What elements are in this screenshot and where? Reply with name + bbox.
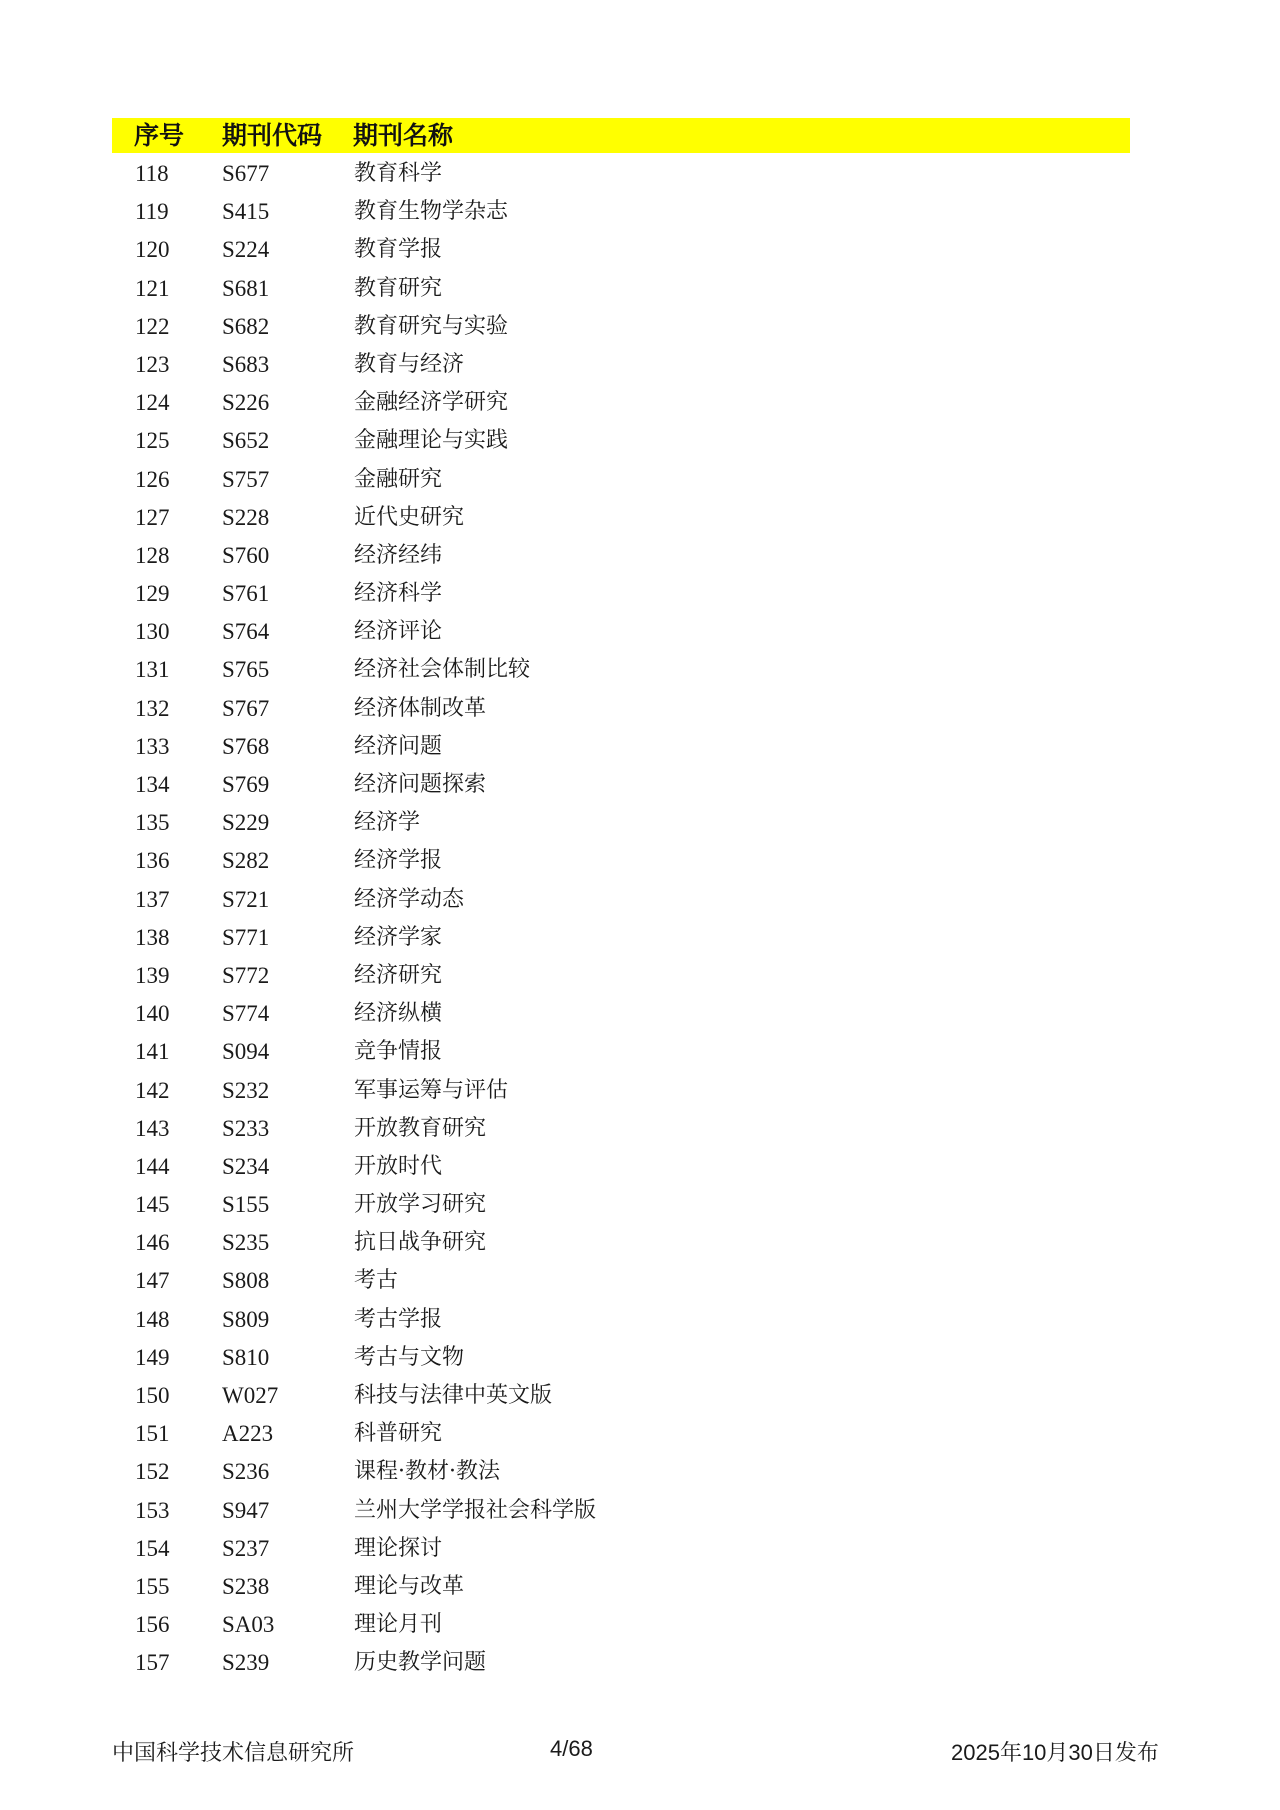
journal-code: S238 <box>222 1568 269 1606</box>
row-number: 154 <box>135 1530 170 1568</box>
journal-code: W027 <box>222 1377 278 1415</box>
journal-code: S155 <box>222 1186 269 1224</box>
row-number: 143 <box>135 1110 170 1148</box>
table-row: 127S228近代史研究 <box>0 499 1280 537</box>
journal-code: S947 <box>222 1492 269 1530</box>
table-row: 137S721经济学动态 <box>0 881 1280 919</box>
row-number: 150 <box>135 1377 170 1415</box>
journal-code: S808 <box>222 1262 269 1300</box>
table-row: 145S155开放学习研究 <box>0 1186 1280 1224</box>
journal-code: S226 <box>222 384 269 422</box>
journal-name: 军事运筹与评估 <box>354 1072 508 1110</box>
journal-code: S772 <box>222 957 269 995</box>
row-number: 118 <box>135 155 169 193</box>
row-number: 156 <box>135 1606 170 1644</box>
table-row: 143S233开放教育研究 <box>0 1110 1280 1148</box>
table-row: 138S771经济学家 <box>0 919 1280 957</box>
journal-name: 考古与文物 <box>354 1339 464 1377</box>
journal-name: 经济学动态 <box>354 881 464 919</box>
table-row: 119S415教育生物学杂志 <box>0 193 1280 231</box>
row-number: 138 <box>135 919 170 957</box>
table-row: 157S239历史教学问题 <box>0 1644 1280 1682</box>
page-footer: 中国科学技术信息研究所 4/68 2025年10月30日发布 <box>0 1736 1280 1770</box>
journal-name: 理论与改革 <box>354 1568 464 1606</box>
journal-code: A223 <box>222 1415 273 1453</box>
journal-code: S721 <box>222 881 269 919</box>
row-number: 127 <box>135 499 170 537</box>
table-row: 132S767经济体制改革 <box>0 690 1280 728</box>
table-row: 123S683教育与经济 <box>0 346 1280 384</box>
table-row: 153S947兰州大学学报社会科学版 <box>0 1492 1280 1530</box>
table-row: 141S094竞争情报 <box>0 1033 1280 1071</box>
table-row: 144S234开放时代 <box>0 1148 1280 1186</box>
header-code: 期刊代码 <box>222 118 322 153</box>
journal-code: S236 <box>222 1453 269 1491</box>
row-number: 131 <box>135 651 170 689</box>
header-name: 期刊名称 <box>353 118 453 153</box>
journal-code: S652 <box>222 422 269 460</box>
table-row: 133S768经济问题 <box>0 728 1280 766</box>
table-row: 142S232军事运筹与评估 <box>0 1072 1280 1110</box>
journal-code: S765 <box>222 651 269 689</box>
journal-name: 经济学家 <box>354 919 442 957</box>
journal-code: S224 <box>222 231 269 269</box>
row-number: 133 <box>135 728 170 766</box>
journal-code: S810 <box>222 1339 269 1377</box>
row-number: 126 <box>135 461 170 499</box>
journal-code: S235 <box>222 1224 269 1262</box>
journal-code: S239 <box>222 1644 269 1682</box>
journal-code: S282 <box>222 842 269 880</box>
row-number: 157 <box>135 1644 170 1682</box>
journal-name: 竞争情报 <box>354 1033 442 1071</box>
row-number: 134 <box>135 766 170 804</box>
journal-code: SA03 <box>222 1606 274 1644</box>
row-number: 122 <box>135 308 170 346</box>
journal-name: 经济评论 <box>354 613 442 651</box>
row-number: 139 <box>135 957 170 995</box>
journal-name: 经济学报 <box>354 842 442 880</box>
journal-code: S809 <box>222 1301 269 1339</box>
journal-code: S677 <box>222 155 269 193</box>
row-number: 128 <box>135 537 170 575</box>
journal-code: S771 <box>222 919 269 957</box>
table-row: 149S810考古与文物 <box>0 1339 1280 1377</box>
row-number: 148 <box>135 1301 170 1339</box>
journal-code: S764 <box>222 613 269 651</box>
row-number: 142 <box>135 1072 170 1110</box>
journal-name: 教育学报 <box>354 231 442 269</box>
journal-name: 经济社会体制比较 <box>354 651 530 689</box>
journal-name: 教育研究与实验 <box>354 308 508 346</box>
journal-name: 经济经纬 <box>354 537 442 575</box>
row-number: 152 <box>135 1453 170 1491</box>
footer-publish-date: 2025年10月30日发布 <box>951 1736 1159 1767</box>
footer-organization: 中国科学技术信息研究所 <box>112 1736 354 1767</box>
table-row: 124S226金融经济学研究 <box>0 384 1280 422</box>
table-row: 130S764经济评论 <box>0 613 1280 651</box>
table-row: 121S681教育研究 <box>0 270 1280 308</box>
journal-name: 开放学习研究 <box>354 1186 486 1224</box>
table-row: 152S236课程·教材·教法 <box>0 1453 1280 1491</box>
table-row: 140S774经济纵横 <box>0 995 1280 1033</box>
row-number: 124 <box>135 384 170 422</box>
row-number: 141 <box>135 1033 170 1071</box>
table-header-row: 序号 期刊代码 期刊名称 <box>112 118 1130 153</box>
journal-code: S232 <box>222 1072 269 1110</box>
journal-table-body: 118S677教育科学119S415教育生物学杂志120S224教育学报121S… <box>0 155 1280 1683</box>
table-row: 128S760经济经纬 <box>0 537 1280 575</box>
journal-name: 经济体制改革 <box>354 690 486 728</box>
journal-name: 近代史研究 <box>354 499 464 537</box>
table-row: 118S677教育科学 <box>0 155 1280 193</box>
row-number: 135 <box>135 804 170 842</box>
table-row: 146S235抗日战争研究 <box>0 1224 1280 1262</box>
table-row: 154S237理论探讨 <box>0 1530 1280 1568</box>
table-row: 135S229经济学 <box>0 804 1280 842</box>
table-row: 134S769经济问题探索 <box>0 766 1280 804</box>
journal-code: S683 <box>222 346 269 384</box>
journal-name: 考古学报 <box>354 1301 442 1339</box>
journal-name: 科普研究 <box>354 1415 442 1453</box>
journal-code: S682 <box>222 308 269 346</box>
row-number: 144 <box>135 1148 170 1186</box>
journal-code: S228 <box>222 499 269 537</box>
row-number: 121 <box>135 270 170 308</box>
journal-name: 开放时代 <box>354 1148 442 1186</box>
table-row: 122S682教育研究与实验 <box>0 308 1280 346</box>
row-number: 145 <box>135 1186 170 1224</box>
row-number: 153 <box>135 1492 170 1530</box>
journal-name: 理论探讨 <box>354 1530 442 1568</box>
header-number: 序号 <box>134 118 184 153</box>
row-number: 146 <box>135 1224 170 1262</box>
journal-name: 兰州大学学报社会科学版 <box>354 1492 596 1530</box>
journal-name: 科技与法律中英文版 <box>354 1377 552 1415</box>
row-number: 123 <box>135 346 170 384</box>
journal-name: 课程·教材·教法 <box>354 1453 500 1491</box>
table-row: 148S809考古学报 <box>0 1301 1280 1339</box>
row-number: 136 <box>135 842 170 880</box>
table-row: 155S238理论与改革 <box>0 1568 1280 1606</box>
table-row: 131S765经济社会体制比较 <box>0 651 1280 689</box>
row-number: 130 <box>135 613 170 651</box>
table-row: 126S757金融研究 <box>0 461 1280 499</box>
table-row: 156SA03理论月刊 <box>0 1606 1280 1644</box>
journal-code: S767 <box>222 690 269 728</box>
journal-name: 经济问题 <box>354 728 442 766</box>
journal-name: 教育研究 <box>354 270 442 308</box>
journal-name: 金融经济学研究 <box>354 384 508 422</box>
journal-name: 教育与经济 <box>354 346 464 384</box>
journal-code: S415 <box>222 193 269 231</box>
journal-name: 抗日战争研究 <box>354 1224 486 1262</box>
journal-name: 历史教学问题 <box>354 1644 486 1682</box>
row-number: 125 <box>135 422 170 460</box>
journal-code: S229 <box>222 804 269 842</box>
journal-name: 开放教育研究 <box>354 1110 486 1148</box>
table-row: 151A223科普研究 <box>0 1415 1280 1453</box>
journal-code: S237 <box>222 1530 269 1568</box>
journal-name: 经济学 <box>354 804 420 842</box>
row-number: 129 <box>135 575 170 613</box>
journal-name: 教育科学 <box>354 155 442 193</box>
journal-code: S681 <box>222 270 269 308</box>
table-row: 136S282经济学报 <box>0 842 1280 880</box>
journal-name: 金融理论与实践 <box>354 422 508 460</box>
row-number: 151 <box>135 1415 170 1453</box>
journal-code: S774 <box>222 995 269 1033</box>
journal-name: 经济纵横 <box>354 995 442 1033</box>
journal-name: 经济研究 <box>354 957 442 995</box>
row-number: 132 <box>135 690 170 728</box>
table-row: 125S652金融理论与实践 <box>0 422 1280 460</box>
journal-code: S768 <box>222 728 269 766</box>
table-row: 139S772经济研究 <box>0 957 1280 995</box>
row-number: 147 <box>135 1262 170 1300</box>
row-number: 149 <box>135 1339 170 1377</box>
table-row: 120S224教育学报 <box>0 231 1280 269</box>
row-number: 120 <box>135 231 170 269</box>
journal-name: 经济问题探索 <box>354 766 486 804</box>
journal-name: 考古 <box>354 1262 398 1300</box>
journal-code: S233 <box>222 1110 269 1148</box>
journal-code: S761 <box>222 575 269 613</box>
journal-code: S234 <box>222 1148 269 1186</box>
row-number: 119 <box>135 193 169 231</box>
table-row: 150W027科技与法律中英文版 <box>0 1377 1280 1415</box>
row-number: 155 <box>135 1568 170 1606</box>
journal-name: 经济科学 <box>354 575 442 613</box>
journal-name: 理论月刊 <box>354 1606 442 1644</box>
table-row: 147S808考古 <box>0 1262 1280 1300</box>
journal-code: S769 <box>222 766 269 804</box>
journal-name: 金融研究 <box>354 461 442 499</box>
journal-name: 教育生物学杂志 <box>354 193 508 231</box>
table-row: 129S761经济科学 <box>0 575 1280 613</box>
row-number: 140 <box>135 995 170 1033</box>
row-number: 137 <box>135 881 170 919</box>
journal-code: S760 <box>222 537 269 575</box>
journal-code: S094 <box>222 1033 269 1071</box>
footer-page-number: 4/68 <box>550 1736 593 1762</box>
journal-code: S757 <box>222 461 269 499</box>
